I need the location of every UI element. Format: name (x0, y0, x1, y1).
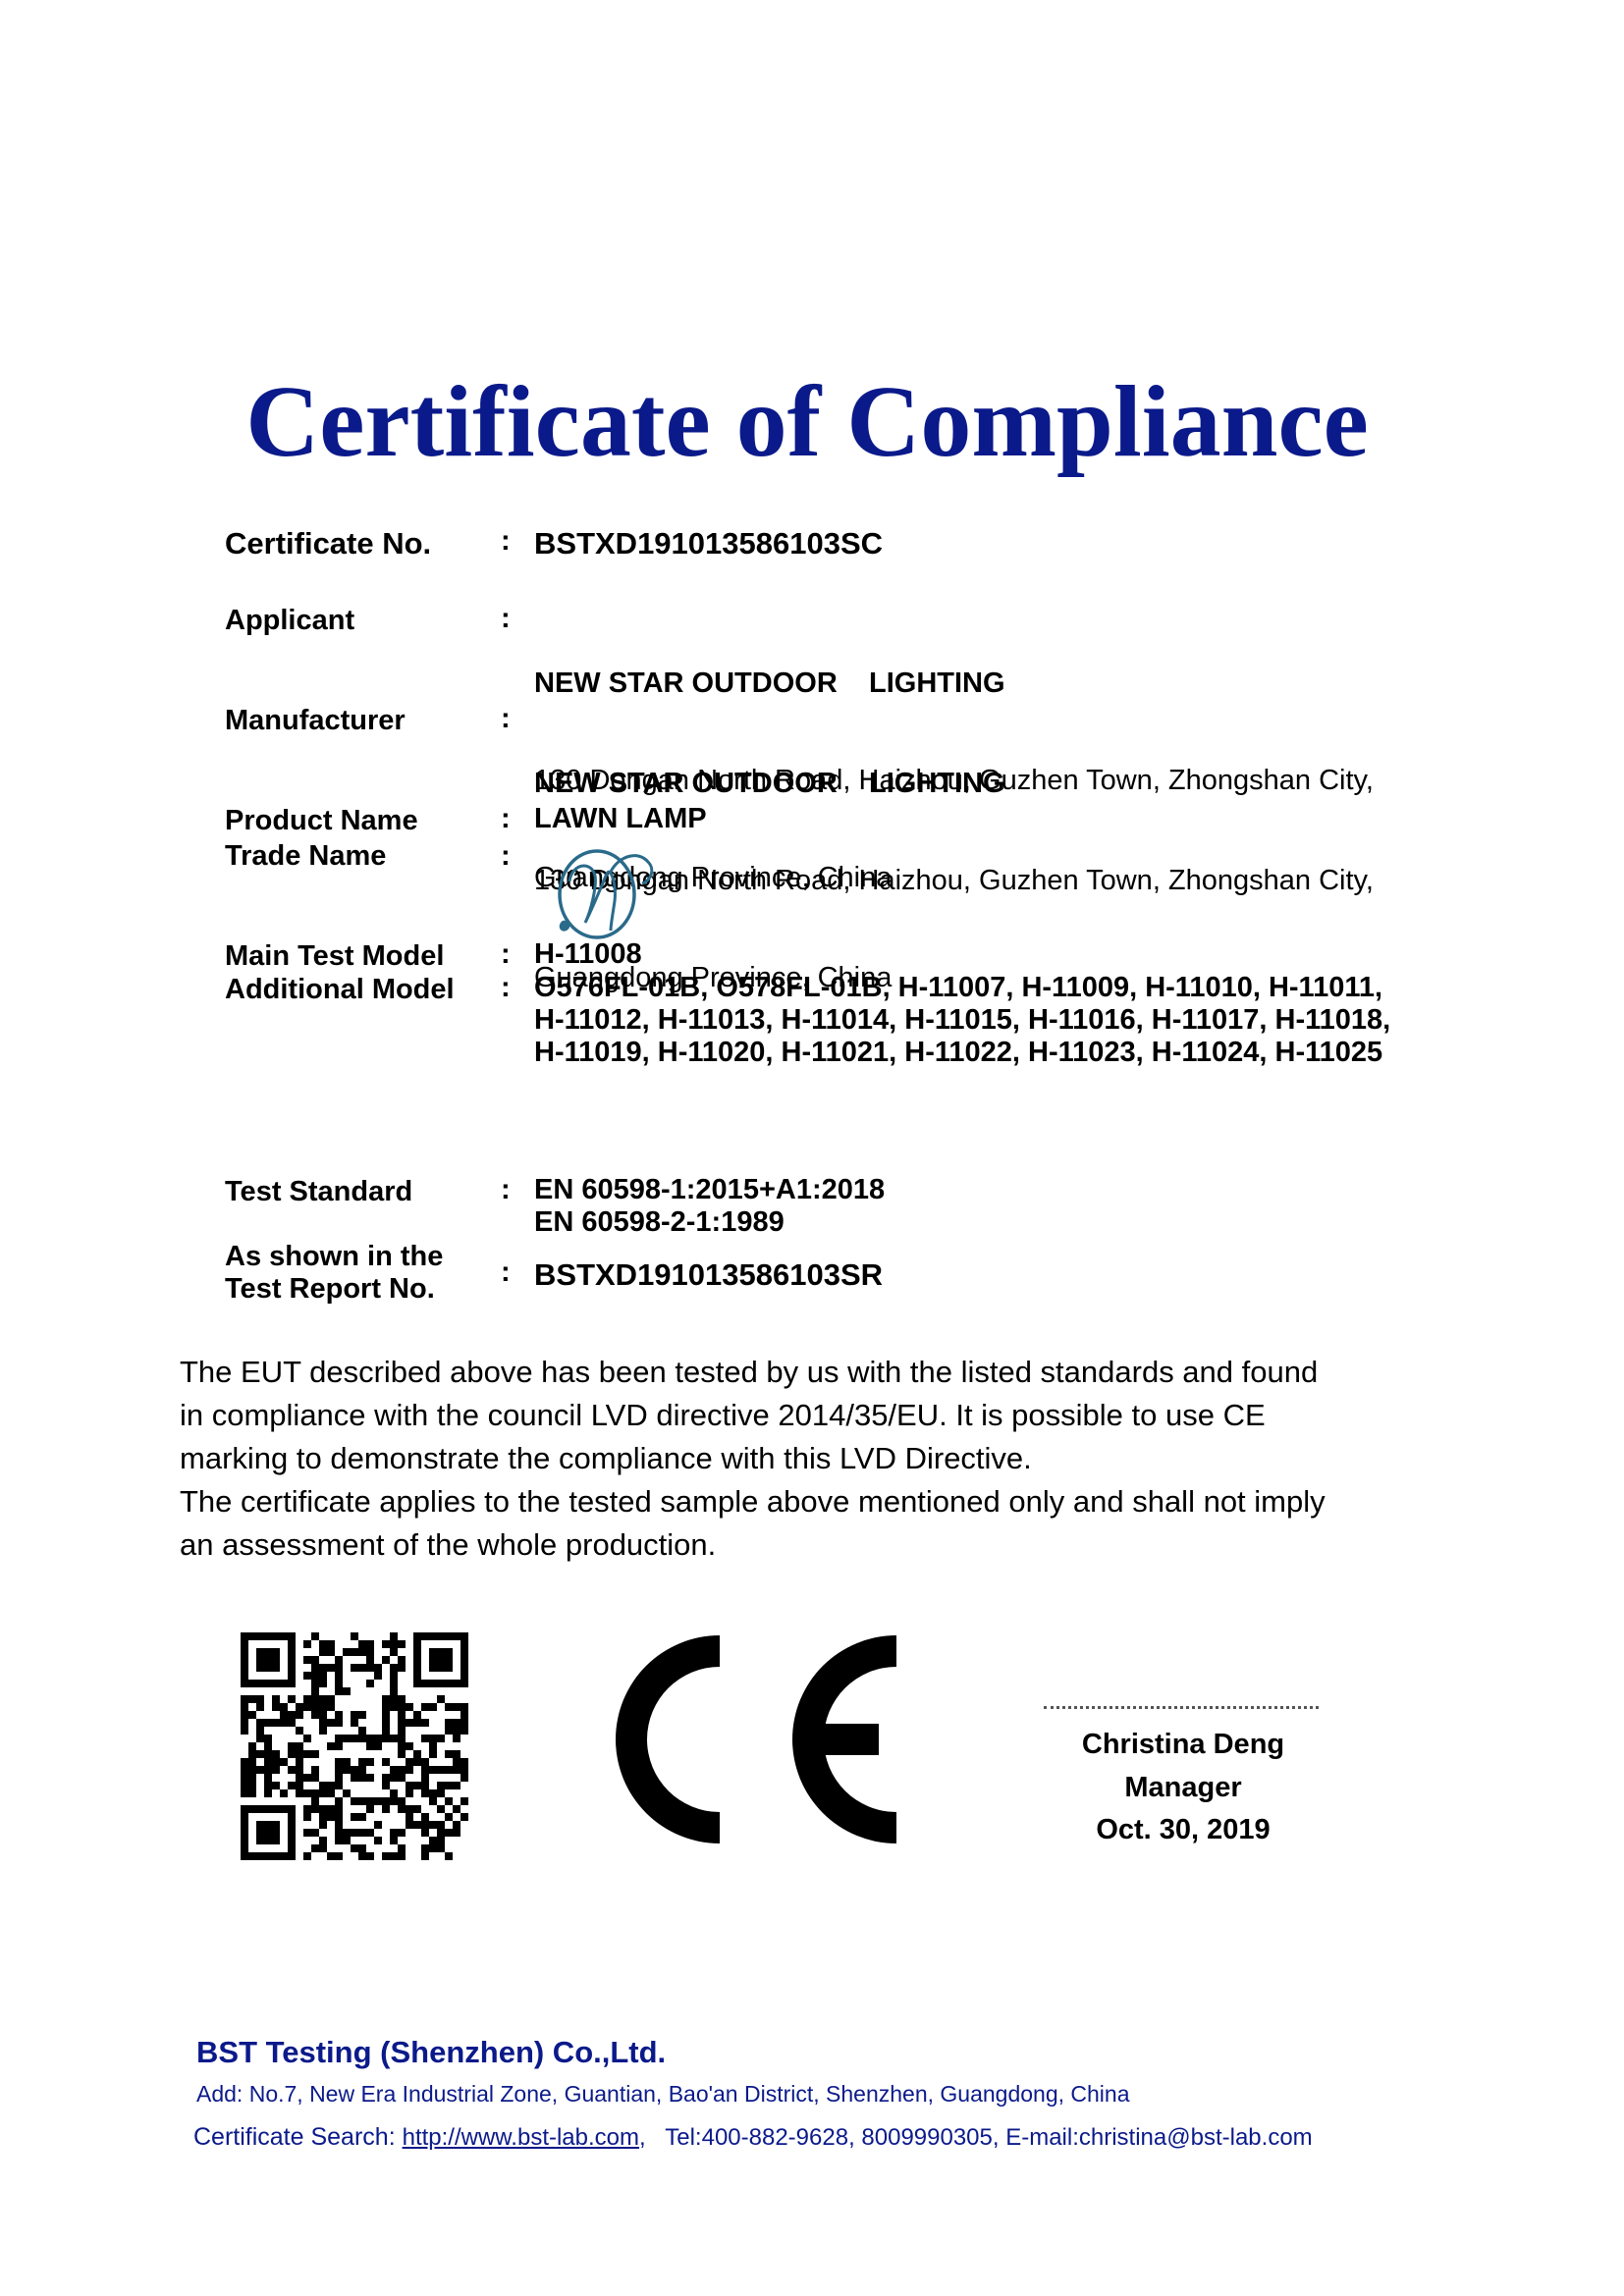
test-standard-list: EN 60598-1:2015+A1:2018 EN 60598-2-1:198… (534, 1174, 885, 1239)
product-name-value: LAWN LAMP (534, 803, 707, 835)
test-standard-label: Test Standard (225, 1176, 412, 1208)
statement-line: The certificate applies to the tested sa… (180, 1480, 1476, 1523)
manufacturer-label: Manufacturer (225, 705, 406, 737)
certificate-search-label: Certificate Search: (193, 2123, 403, 2151)
certificate-no-value: BSTXD191013586103SC (534, 527, 883, 560)
test-report-label-line2: Test Report No. (225, 1273, 443, 1306)
colon: : (501, 840, 511, 873)
contact-info: , Tel:400-882-9628, 8009990305, E-mail:c… (639, 2124, 1313, 2151)
additional-model-list: O576FL-01B, O578FL-01B, H-11007, H-11009… (534, 972, 1390, 1069)
certificate-search-link[interactable]: http://www.bst-lab.com (403, 2124, 639, 2151)
applicant-name: NEW STAR OUTDOOR LIGHTING (534, 667, 1374, 700)
colon: : (501, 1174, 511, 1206)
additional-model-line: H-11019, H-11020, H-11021, H-11022, H-11… (534, 1037, 1390, 1069)
test-report-value: BSTXD191013586103SR (534, 1258, 883, 1291)
test-standard-line: EN 60598-2-1:1989 (534, 1206, 885, 1239)
product-name-label: Product Name (225, 805, 418, 837)
footer-address: Add: No.7, New Era Industrial Zone, Guan… (196, 2081, 1130, 2108)
colon: : (501, 938, 511, 971)
signatory-name: Christina Deng (1021, 1723, 1345, 1766)
footer-contact: Certificate Search: http://www.bst-lab.c… (193, 2123, 1313, 2152)
colon: : (501, 972, 511, 1004)
colon: : (501, 803, 511, 835)
signature-line (1044, 1706, 1319, 1709)
qr-code-icon (241, 1632, 468, 1860)
main-test-model-value: H-11008 (534, 938, 642, 971)
statement-line: The EUT described above has been tested … (180, 1351, 1476, 1394)
colon: : (501, 603, 511, 635)
statement-line: an assessment of the whole production. (180, 1523, 1476, 1567)
certificate-no-label: Certificate No. (225, 527, 431, 560)
test-standard-line: EN 60598-1:2015+A1:2018 (534, 1174, 885, 1206)
manufacturer-name: NEW STAR OUTDOOR LIGHTING (534, 768, 1374, 800)
test-report-label: As shown in the Test Report No. (225, 1241, 443, 1306)
certificate-title: Certificate of Compliance (0, 371, 1619, 473)
additional-model-line: O576FL-01B, O578FL-01B, H-11007, H-11009… (534, 972, 1390, 1004)
additional-model-line: H-11012, H-11013, H-11014, H-11015, H-11… (534, 1004, 1390, 1037)
statement-line: in compliance with the council LVD direc… (180, 1394, 1476, 1437)
signature-date: Oct. 30, 2019 (1021, 1808, 1345, 1851)
colon: : (501, 525, 511, 558)
main-test-model-label: Main Test Model (225, 940, 444, 973)
applicant-label: Applicant (225, 605, 354, 637)
compliance-statement: The EUT described above has been tested … (180, 1351, 1476, 1567)
ce-mark-icon (604, 1628, 918, 1849)
trade-name-label: Trade Name (225, 840, 386, 873)
signatory-role: Manager (1021, 1766, 1345, 1809)
statement-line: marking to demonstrate the compliance wi… (180, 1437, 1476, 1480)
n-monogram-logo-icon (540, 842, 687, 946)
footer-company-name: BST Testing (Shenzhen) Co.,Ltd. (196, 2035, 666, 2070)
colon: : (501, 703, 511, 735)
test-report-label-line1: As shown in the (225, 1241, 443, 1273)
colon: : (501, 1256, 511, 1289)
additional-model-label: Additional Model (225, 974, 455, 1006)
